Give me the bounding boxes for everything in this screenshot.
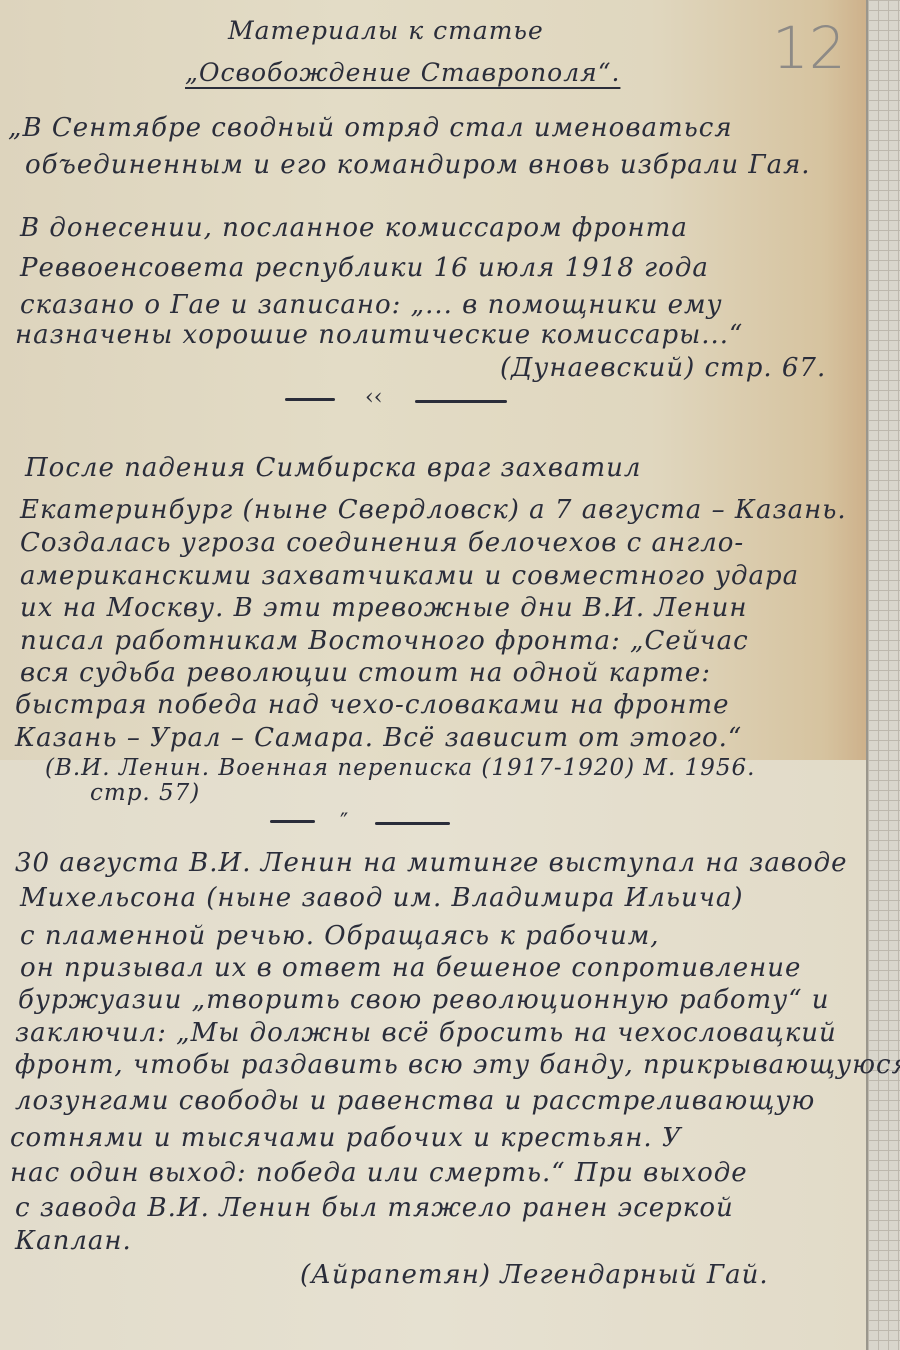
text-line: их на Москву. В эти тревожные дни В.И. Л… — [20, 595, 748, 621]
text-line: сказано о Гае и записано: „... в помощни… — [20, 292, 723, 318]
separator-right — [415, 400, 507, 403]
text-line: сотнями и тысячами рабочих и крестьян. У — [10, 1125, 682, 1151]
text-line: лозунгами свободы и равенства и расстрел… — [15, 1088, 815, 1114]
text-line: „В Сентябре сводный отряд стал именовать… — [8, 115, 733, 141]
text-line: Казань – Урал – Самара. Всё зависит от э… — [15, 725, 742, 751]
article-title: „Освобождение Ставрополя“. — [185, 60, 620, 85]
separator-left — [270, 820, 315, 823]
text-line: В донесении, посланное комиссаром фронта — [20, 215, 688, 241]
separator-left — [285, 398, 335, 401]
text-line: буржуазии „творить свою революционную ра… — [18, 987, 830, 1013]
text-line: нас один выход: победа или смерть.“ При … — [10, 1160, 748, 1186]
text-line: фронт, чтобы раздавить всю эту банду, пр… — [15, 1052, 900, 1078]
citation: (Дунаевский) стр. 67. — [500, 355, 826, 381]
text-line: с завода В.И. Ленин был тяжело ранен эсе… — [15, 1195, 734, 1221]
text-line: писал работникам Восточного фронта: „Сей… — [20, 628, 749, 654]
text-line: Екатеринбург (ныне Свердловск) а 7 авгус… — [20, 497, 847, 523]
heading-line-1: Материалы к статье — [228, 18, 544, 43]
text-line: с пламенной речью. Обращаясь к рабочим, — [20, 923, 660, 949]
text-line: После падения Симбирска враг захватил — [25, 455, 641, 481]
separator-mark: ″ — [340, 810, 348, 835]
text-line: назначены хорошие политические комиссары… — [15, 322, 743, 348]
text-line: он призывал их в ответ на бешеное сопрот… — [20, 955, 801, 981]
text-line: Реввоенсовета республики 16 июля 1918 го… — [20, 255, 709, 281]
graph-paper-edge — [866, 0, 900, 1350]
citation: стр. 57) — [90, 782, 200, 805]
text-line: объединенным и его командиром вновь избр… — [25, 152, 811, 178]
text-line: вся судьба революции стоит на одной карт… — [20, 660, 711, 686]
source-citation: (Айрапетян) Легендарный Гай. — [300, 1262, 769, 1288]
text-line: заключил: „Мы должны всё бросить на чехо… — [15, 1020, 837, 1046]
separator-mark: ‹‹ — [365, 385, 383, 410]
text-line: Каплан. — [15, 1228, 132, 1254]
separator-right — [375, 822, 450, 825]
text-line: 30 августа В.И. Ленин на митинге выступа… — [15, 850, 848, 876]
citation: (В.И. Ленин. Военная переписка (1917-192… — [45, 757, 755, 780]
text-line: американскими захватчиками и совместного… — [20, 563, 799, 589]
page-number: 12 — [772, 14, 846, 82]
text-line: Создалась угроза соединения белочехов с … — [20, 530, 744, 556]
text-line: Михельсона (ныне завод им. Владимира Иль… — [20, 885, 744, 911]
text-line: быстрая победа над чехо-словаками на фро… — [15, 692, 730, 718]
